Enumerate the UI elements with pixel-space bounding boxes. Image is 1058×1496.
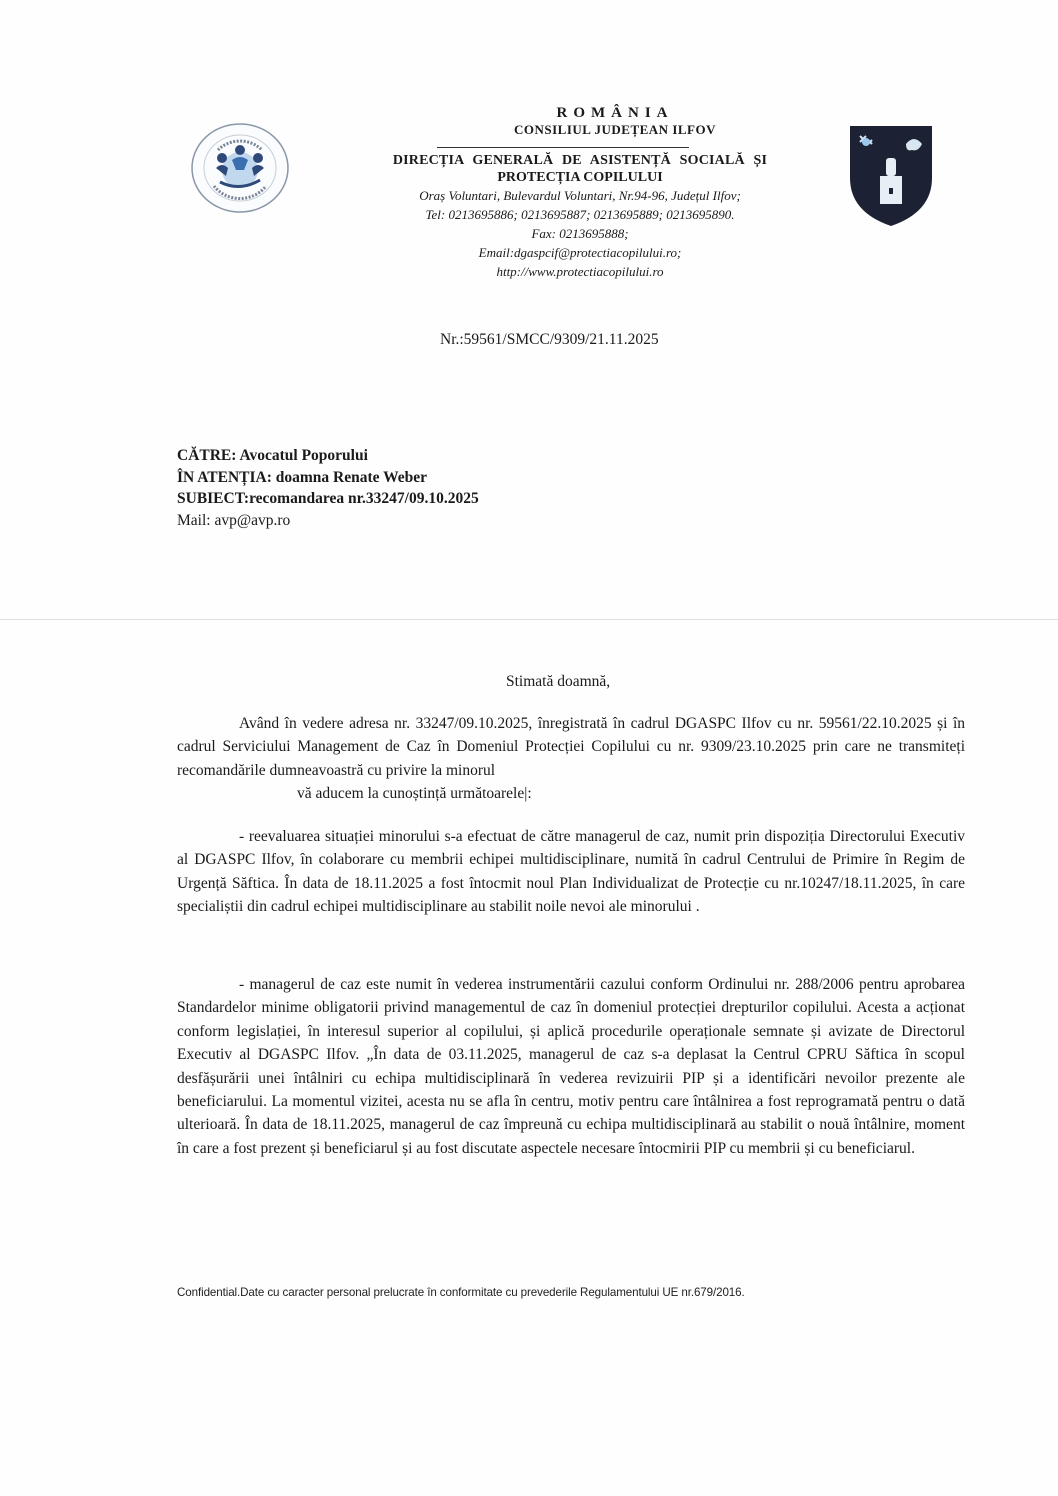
country-name: ROMÂNIA <box>370 104 860 122</box>
mail-line: Mail: avp@avp.ro <box>177 510 479 532</box>
paragraph-1-continuation: vă aducem la cunoștință următoarele|: <box>297 785 532 802</box>
body-paragraph-3: - managerul de caz este numit în vederea… <box>177 973 965 1160</box>
council-name: CONSILIUL JUDEȚEAN ILFOV <box>370 122 860 138</box>
recipient-value: Avocatul Poporului <box>239 447 367 464</box>
dgaspc-ilfov-logo-icon <box>188 120 292 216</box>
attention-line: ÎN ATENȚIA: doamna Renate Weber <box>177 467 479 489</box>
paragraph-2-text: - reevaluarea situației minorului s-a ef… <box>177 828 965 915</box>
phones: Tel: 0213695886; 0213695887; 0213695889;… <box>300 205 860 224</box>
attention-value: doamna Renate Weber <box>276 469 427 486</box>
subject-label: SUBIECT: <box>177 490 249 507</box>
body-paragraph-1: Având în vedere adresa nr. 33247/09.10.2… <box>177 712 965 806</box>
subject-value: recomandarea nr.33247/09.10.2025 <box>249 490 479 507</box>
subject-line: SUBIECT:recomandarea nr.33247/09.10.2025 <box>177 488 479 510</box>
body-paragraph-2: - reevaluarea situației minorului s-a ef… <box>177 825 965 919</box>
address: Oraș Voluntari, Bulevardul Voluntari, Nr… <box>300 186 860 205</box>
paragraph-1-text: Având în vedere adresa nr. 33247/09.10.2… <box>177 715 965 779</box>
email: Email:dgaspcif@protectiacopilului.ro; <box>300 243 860 262</box>
directorate-name-line2: PROTECȚIA COPILULUI <box>300 169 860 186</box>
ilfov-county-crest-icon <box>846 122 936 228</box>
scan-artifact-line <box>0 619 1058 620</box>
header-divider <box>437 147 689 148</box>
website: http://www.protectiacopilului.ro <box>300 262 860 281</box>
confidentiality-notice: Confidential.Date cu caracter personal p… <box>177 1286 745 1299</box>
registration-number: Nr.:59561/SMCC/9309/21.11.2025 <box>440 331 659 349</box>
document-page: ROMÂNIA CONSILIUL JUDEȚEAN ILFOV DIRECȚI… <box>0 0 1058 1496</box>
letterhead: ROMÂNIA CONSILIUL JUDEȚEAN ILFOV DIRECȚI… <box>300 104 860 281</box>
recipient-label: CĂTRE: <box>177 447 236 464</box>
recipient-line: CĂTRE: Avocatul Poporului <box>177 445 479 467</box>
addressee-block: CĂTRE: Avocatul Poporului ÎN ATENȚIA: do… <box>177 445 479 531</box>
paragraph-3-text: - managerul de caz este numit în vederea… <box>177 976 965 1157</box>
salutation: Stimată doamnă, <box>506 673 610 691</box>
fax: Fax: 0213695888; <box>300 224 860 243</box>
directorate-name-line1: DIRECȚIA GENERALĂ DE ASISTENȚĂ SOCIALĂ Ș… <box>300 152 860 169</box>
attention-label: ÎN ATENȚIA: <box>177 469 272 486</box>
